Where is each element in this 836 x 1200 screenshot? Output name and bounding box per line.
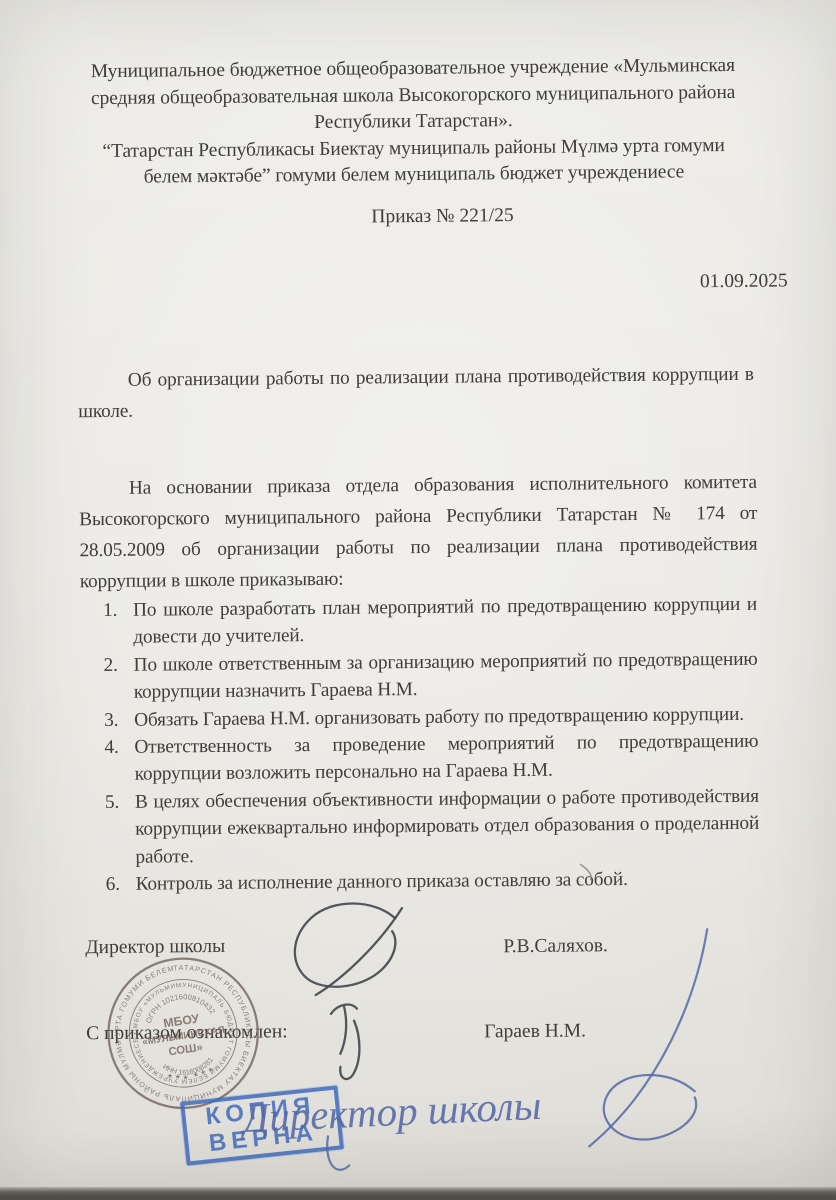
order-date: 01.09.2025 (700, 270, 788, 293)
order-item: Контроль за исполнение данного приказа о… (83, 865, 760, 899)
letterhead: Муниципальное бюджетное общеобразователь… (77, 53, 750, 192)
order-item: По школе разработать план мероприятий по… (80, 591, 757, 652)
director-signature (294, 903, 402, 995)
order-subject: Об организации работы по реализации план… (78, 359, 755, 427)
paper-bottom-edge (0, 1187, 836, 1200)
order-items-list: По школе разработать план мероприятий по… (80, 591, 760, 899)
acknowledged-initials (331, 1004, 360, 1079)
seal-center-line3: СОШ» (168, 1041, 204, 1058)
order-item: В целях обеспечения объективности информ… (82, 783, 760, 872)
seal-center-line1: МБОУ (162, 1011, 200, 1030)
order-title: Приказ № 221/25 (371, 205, 514, 228)
order-item: Ответственность за проведение мероприяти… (81, 728, 758, 789)
document-content: Муниципальное бюджетное общеобразователь… (0, 0, 836, 1200)
order-item: По школе ответственным за организацию ме… (80, 646, 757, 707)
director-name: Р.В.Саляхов. (503, 935, 608, 958)
org-name-russian: Муниципальное бюджетное общеобразователь… (77, 53, 750, 139)
order-preamble: На основании приказа отдела образования … (79, 467, 758, 598)
pen-flourish (587, 929, 709, 1146)
acknowledged-name: Гараев Н.М. (484, 1020, 586, 1043)
org-name-tatar: “Татарстан Республикасы Биектау муниципа… (78, 132, 750, 191)
scanned-document-page: Муниципальное бюджетное общеобразователь… (0, 0, 836, 1200)
